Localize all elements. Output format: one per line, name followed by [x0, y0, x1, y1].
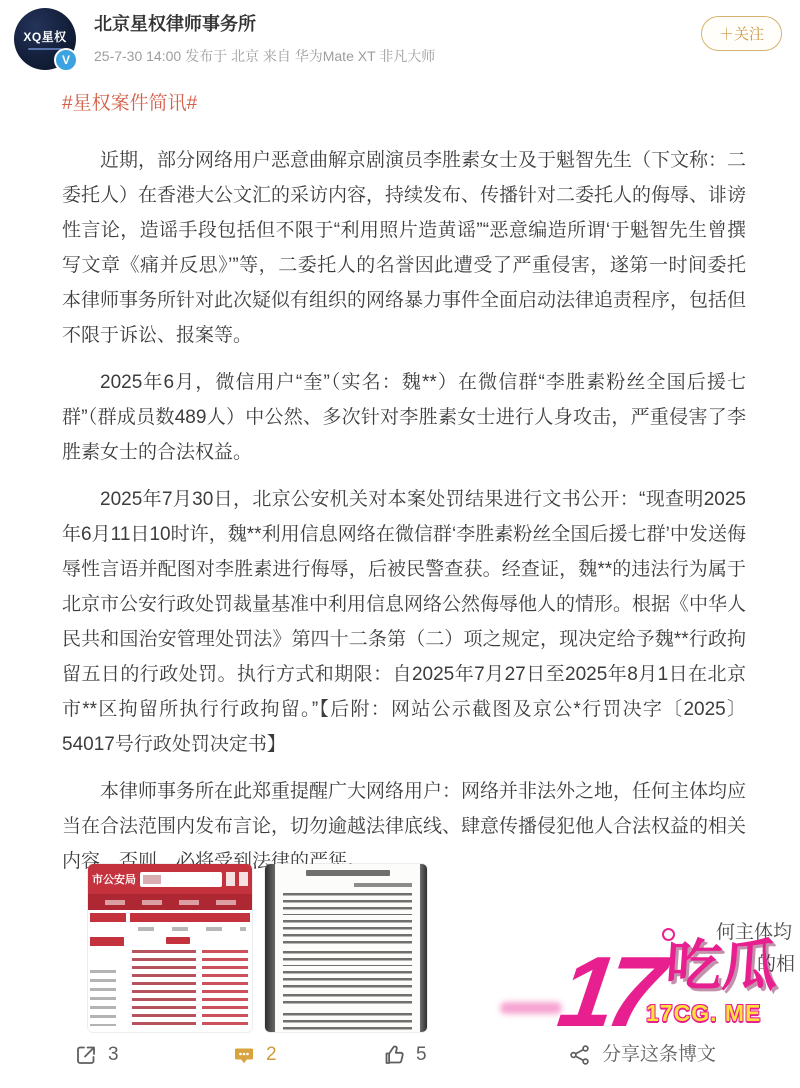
document-photo-edge-left	[265, 864, 275, 1032]
hashtag-link[interactable]: #星权案件简讯#	[62, 86, 746, 121]
document-number-line	[354, 883, 412, 887]
ghost-text-fragment: 何主体均	[716, 917, 792, 944]
site-body	[88, 910, 252, 1032]
repost-count: 3	[108, 1042, 119, 1068]
document-text-lines	[283, 951, 412, 966]
watermark-url: 17CG. ME	[646, 1000, 761, 1027]
paragraph-2: 2025年6月，微信用户“奎”（实名：魏**）在微信群“李胜素粉丝全国后援七群”…	[62, 365, 746, 470]
site-nav-item	[105, 900, 125, 905]
header-text: 北京星权律师事务所 25-7-30 14:00 发布于 北京 来自 华为Mate…	[94, 10, 435, 66]
site-header-icons	[226, 872, 248, 886]
site-nav-item	[179, 900, 199, 905]
attachment-images: 市公安局	[88, 864, 427, 1032]
share-button[interactable]: 分享这条博文	[568, 1042, 716, 1068]
attachment-police-website-screenshot[interactable]: 市公安局	[88, 864, 252, 1032]
site-sidebar-header-bar	[90, 913, 126, 922]
site-table-header-bar	[130, 913, 250, 922]
like-button[interactable]: 5	[382, 1042, 427, 1068]
site-nav-item	[142, 900, 162, 905]
post-header: XQ星权 V 北京星权律师事务所 25-7-30 14:00 发布于 北京 来自…	[14, 8, 786, 80]
repost-icon	[74, 1043, 98, 1067]
action-bar: 3 2 5 分享这条博文	[0, 1042, 800, 1084]
post-content: #星权案件简讯# 近期，部分网络用户恶意曲解京剧演员李胜素女士及于魁智先生（下文…	[62, 86, 746, 891]
weibo-post-page: XQ星权 V 北京星权律师事务所 25-7-30 14:00 发布于 北京 来自…	[0, 0, 800, 1088]
watermark: 17 吃瓜 17CG. ME	[500, 928, 800, 1058]
attachment-penalty-decision-document[interactable]	[265, 864, 427, 1032]
document-text-lines	[283, 920, 412, 946]
comment-count: 2	[266, 1042, 277, 1068]
comment-button[interactable]: 2	[232, 1042, 277, 1068]
document-text-lines	[283, 1013, 412, 1031]
document-text-lines	[283, 971, 412, 989]
share-nodes-icon	[568, 1043, 592, 1067]
watermark-smudge	[500, 1002, 562, 1014]
paragraph-1: 近期，部分网络用户恶意曲解京剧演员李胜素女士及于魁智先生（下文称：二委托人）在香…	[62, 143, 746, 353]
repost-button[interactable]: 3	[74, 1042, 119, 1068]
avatar[interactable]: XQ星权 V	[14, 8, 76, 70]
like-count: 5	[416, 1042, 427, 1068]
site-nav-bar	[88, 894, 252, 910]
follow-button[interactable]: ＋关注	[701, 16, 782, 51]
avatar-logo-underline	[28, 48, 62, 50]
document-title-bar	[306, 870, 390, 876]
site-search-bar	[140, 872, 222, 887]
site-sidebar-highlight	[90, 937, 124, 946]
user-name[interactable]: 北京星权律师事务所	[94, 10, 435, 36]
share-label: 分享这条博文	[602, 1042, 716, 1068]
site-red-badge	[166, 937, 190, 944]
paragraph-3: 2025年7月30日，北京公安机关对本案处罚结果进行文书公开：“现查明2025年…	[62, 482, 746, 762]
document-text-lines	[283, 994, 412, 1008]
verified-badge-icon: V	[54, 48, 78, 72]
document-photo-edge-right	[420, 864, 427, 1032]
site-nav-item	[216, 900, 236, 905]
site-title: 市公安局	[92, 871, 136, 887]
thumbs-up-icon	[382, 1043, 406, 1067]
post-meta: 25-7-30 14:00 发布于 北京 来自 华为Mate XT 非凡大师	[94, 46, 435, 66]
site-column-headers	[138, 927, 246, 931]
ghost-text-fragment: 的相	[757, 949, 795, 976]
site-header: 市公安局	[88, 864, 252, 894]
avatar-logo-text: XQ星权	[23, 28, 66, 45]
watermark-ring-icon	[662, 928, 675, 941]
site-date-rows	[202, 950, 248, 1030]
comment-icon	[232, 1043, 256, 1067]
site-search-button	[143, 875, 161, 884]
watermark-number: 17	[553, 942, 662, 1042]
document-page	[277, 864, 418, 1032]
site-link-rows	[132, 950, 196, 1030]
document-text-lines	[283, 893, 412, 915]
site-sidebar-text-lines	[90, 970, 116, 1026]
